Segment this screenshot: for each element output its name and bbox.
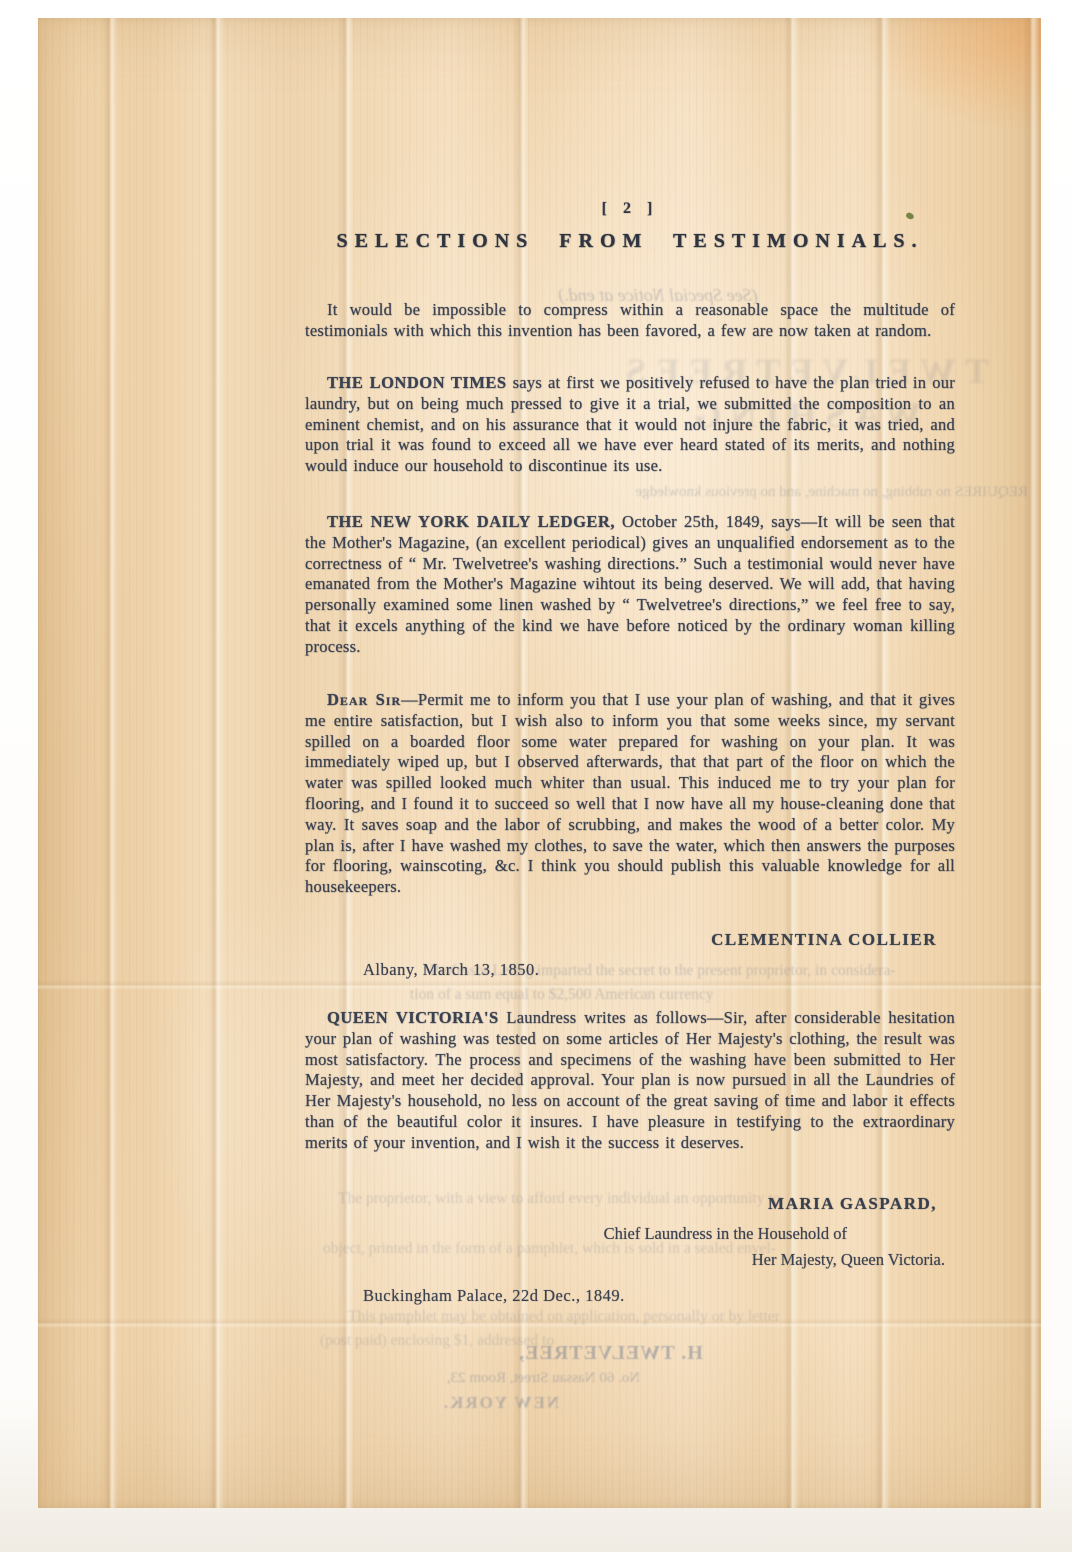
horizontal-crease xyxy=(38,1318,1041,1328)
page-number: [ 2 ] xyxy=(305,200,955,218)
page-title: SELECTIONS FROM TESTIMONIALS. xyxy=(285,230,975,253)
intro-paragraph: It would be impossible to compress withi… xyxy=(305,300,955,342)
testimonial-text: Laundress writes as follows—Sir, after c… xyxy=(305,1008,955,1152)
testimonial-source: THE LONDON TIMES xyxy=(327,373,507,392)
vertical-fold-line xyxy=(208,18,224,1508)
testimonial-london-times: THE LONDON TIMES says at first we positi… xyxy=(305,373,955,477)
testimonial-ny-daily-ledger: THE NEW YORK DAILY LEDGER, October 25th,… xyxy=(305,512,955,658)
bleedthrough-requires-line: REQUIRES no rubbing, no machine, and no … xyxy=(628,484,1028,501)
signature-title-line1: Chief Laundress in the Household of xyxy=(604,1224,847,1244)
testimonial-collier-letter: Dear Sir—Permit me to inform you that I … xyxy=(305,690,955,898)
vertical-fold-line xyxy=(102,18,118,1508)
signature-title-line2: Her Majesty, Queen Victoria. xyxy=(752,1250,945,1270)
bleedthrough-proprietor-line1: The proprietor, with a view to afford ev… xyxy=(338,1190,780,1208)
dateline-buckingham-palace: Buckingham Palace, 22d Dec., 1849. xyxy=(363,1286,625,1306)
signature-clementina-collier: CLEMENTINA COLLIER xyxy=(711,930,937,950)
signature-maria-gaspard: MARIA GASPARD, xyxy=(768,1194,937,1214)
pamphlet-page-scan: (See Special Notice at end.) TWELVETREES… xyxy=(38,18,1041,1508)
testimonial-salutation: Dear Sir xyxy=(327,690,401,709)
testimonial-queen-victorias-laundress: QUEEN VICTORIA'S Laundress writes as fol… xyxy=(305,1008,955,1154)
horizontal-crease xyxy=(38,980,1041,990)
vertical-fold-line xyxy=(1023,18,1039,1508)
bleedthrough-address-city: NEW YORK. xyxy=(388,1393,613,1413)
testimonial-source: QUEEN VICTORIA'S xyxy=(327,1008,499,1027)
bleedthrough-address-street: No. 60 Nassau Street, Room 23, xyxy=(386,1370,701,1387)
testimonial-text: —Permit me to inform you that I use your… xyxy=(305,690,955,896)
testimonial-source: THE NEW YORK DAILY LEDGER, xyxy=(327,512,615,531)
dateline-albany: Albany, March 13, 1850. xyxy=(363,960,539,980)
testimonial-text: October 25th, 1849, says—It will be seen… xyxy=(305,512,955,656)
